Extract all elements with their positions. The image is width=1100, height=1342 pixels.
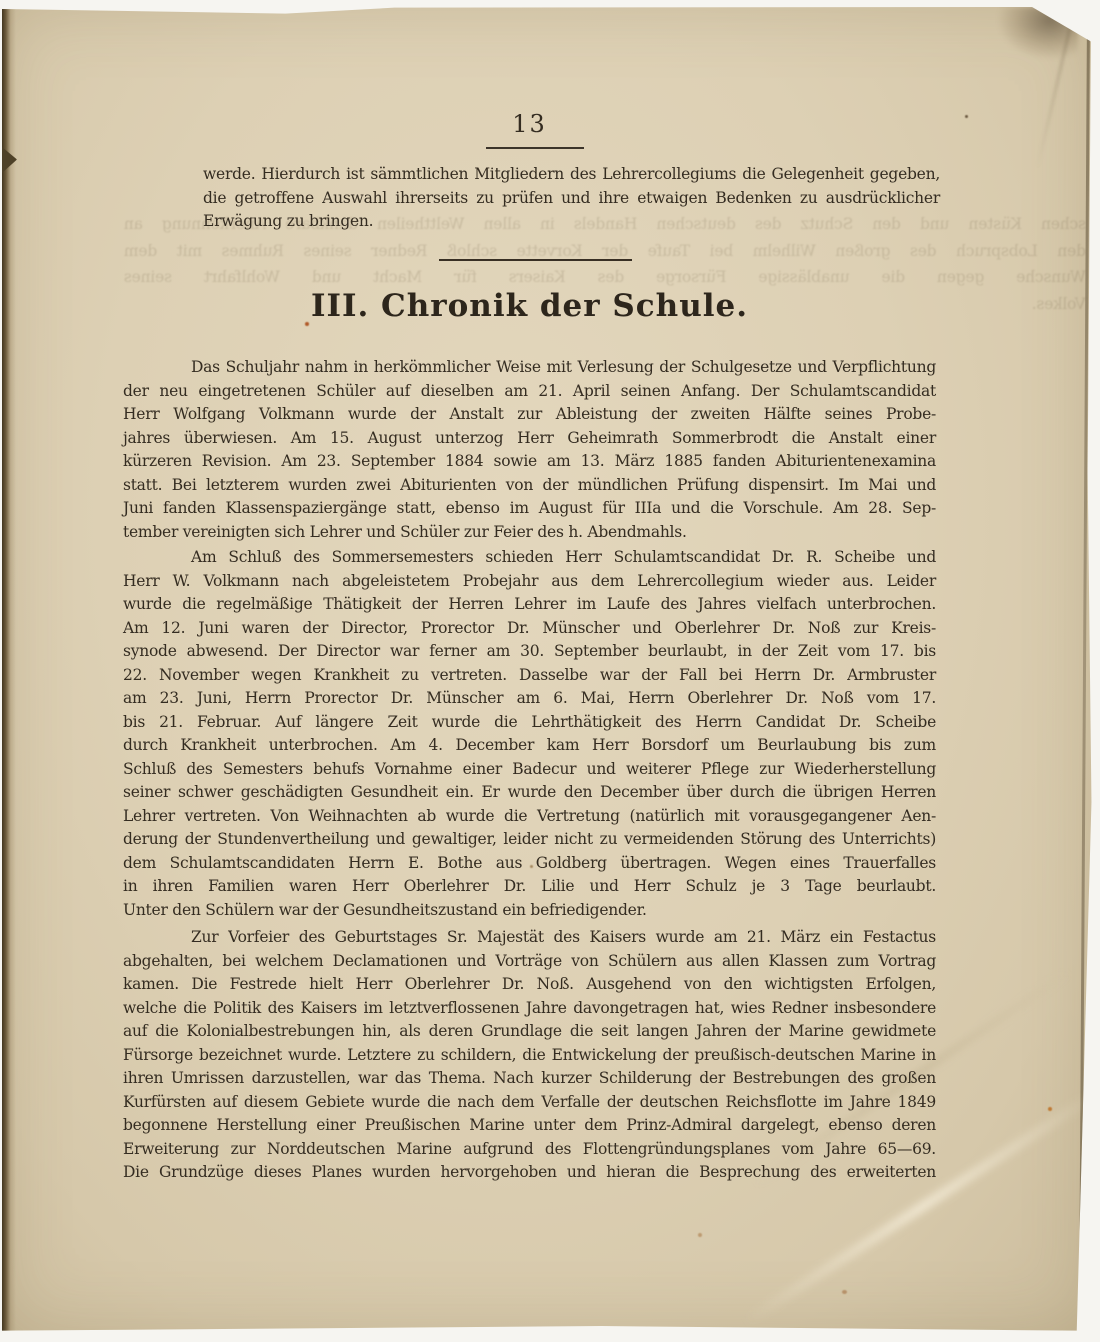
section-divider-rule <box>439 259 632 261</box>
foxing-spot <box>842 1290 847 1294</box>
text-line: Zur Vorfeier des Geburtstages Sr. Majest… <box>123 926 936 950</box>
text-line: Wunsche gegen die unablässige Fürsorge d… <box>124 264 1086 291</box>
page-number: 13 <box>123 110 936 138</box>
paragraph: Zur Vorfeier des Geburtstages Sr. Majest… <box>123 926 936 1185</box>
paragraph: Das Schuljahr nahm in herkömmlicher Weis… <box>123 356 936 544</box>
text-line: ihren Umrissen darzustellen, war das The… <box>123 1067 936 1091</box>
text-line: kamen. Die Festrede hielt Herr Oberlehre… <box>123 973 936 997</box>
text-line: der neu eingetretenen Schüler auf diesel… <box>123 380 936 404</box>
text-line: welche die Politik des Kaisers im letztv… <box>123 997 936 1021</box>
text-line: Erwägung zu bringen. <box>203 210 940 234</box>
text-line: derung der Stundenvertheilung und gewalt… <box>123 828 936 852</box>
page-number-rule <box>486 147 584 149</box>
carried-over-paragraph: werde. Hierdurch ist sämmtlichen Mitglie… <box>203 163 940 234</box>
text-line: synode abwesend. Der Director war ferner… <box>123 640 936 664</box>
text-line: begonnene Herstellung einer Preußischen … <box>123 1114 936 1138</box>
text-line: seiner schwer geschädigten Gesundheit ei… <box>123 781 936 805</box>
text-line: dem Schulamtscandidaten Herrn E. Bothe a… <box>123 852 936 876</box>
text-line: abgehalten, bei welchem Declamationen un… <box>123 950 936 974</box>
text-line: statt. Bei letzterem wurden zwei Abituri… <box>123 474 936 498</box>
scanned-document: { "page_number": "13", "section_heading"… <box>0 0 1100 1342</box>
text-line: bis 21. Februar. Auf längere Zeit wurde … <box>123 711 936 735</box>
foxing-spot <box>965 115 968 118</box>
text-line: Am 12. Juni waren der Director, Prorecto… <box>123 617 936 641</box>
page-right-edge <box>1079 7 1090 1332</box>
text-line: die getroffene Auswahl ihrerseits zu prü… <box>203 187 940 211</box>
text-line: werde. Hierdurch ist sämmtlichen Mitglie… <box>203 163 940 187</box>
page-left-edge-shadow <box>2 7 16 1332</box>
text-line: tember vereinigten sich Lehrer und Schül… <box>123 521 936 545</box>
text-line: in ihren Familien waren Herr Oberlehrer … <box>123 875 936 899</box>
text-line: durch Krankheit unterbrochen. Am 4. Dece… <box>123 734 936 758</box>
paragraph: Am Schluß des Sommersemesters schieden H… <box>123 546 936 922</box>
text-line: kürzeren Revision. Am 23. September 1884… <box>123 450 936 474</box>
text-line: 22. November wegen Krankheit zu vertrete… <box>123 664 936 688</box>
scanned-page: schen Küsten und den Schutz des deutsche… <box>2 7 1092 1332</box>
text-line: am 23. Juni, Herrn Prorector Dr. Münsche… <box>123 687 936 711</box>
text-line: Lehrer vertreten. Von Weihnachten ab wur… <box>123 805 936 829</box>
text-line: jahres überwiesen. Am 15. August unterzo… <box>123 427 936 451</box>
text-line: auf die Kolonialbestrebungen hin, als de… <box>123 1020 936 1044</box>
text-line: Juni fanden Klassenspaziergänge statt, e… <box>123 497 936 521</box>
foxing-spot <box>1048 1107 1052 1111</box>
top-right-smudge <box>998 7 1078 59</box>
text-line: Unter den Schülern war der Gesundheitszu… <box>123 899 936 923</box>
text-line: Erweiterung zur Norddeutschen Marine auf… <box>123 1138 936 1162</box>
text-line: Die Grundzüge dieses Planes wurden hervo… <box>123 1161 936 1185</box>
text-line: Herr W. Volkmann nach abgeleistetem Prob… <box>123 570 936 594</box>
section-heading: III. Chronik der Schule. <box>123 288 936 324</box>
chronicle-body: Das Schuljahr nahm in herkömmlicher Weis… <box>123 356 936 1185</box>
text-line: wurde die regelmäßige Thätigkeit der Her… <box>123 593 936 617</box>
text-line: Am Schluß des Sommersemesters schieden H… <box>123 546 936 570</box>
foxing-spot <box>698 1233 702 1237</box>
text-line: Fürsorge bezeichnet wurde. Letztere zu s… <box>123 1044 936 1068</box>
text-line: Schluß des Semesters behufs Vornahme ein… <box>123 758 936 782</box>
text-line: Das Schuljahr nahm in herkömmlicher Weis… <box>123 356 936 380</box>
text-line: Kurfürsten auf diesem Gebiete wurde die … <box>123 1091 936 1115</box>
text-line: Herr Wolfgang Volkmann wurde der Anstalt… <box>123 403 936 427</box>
